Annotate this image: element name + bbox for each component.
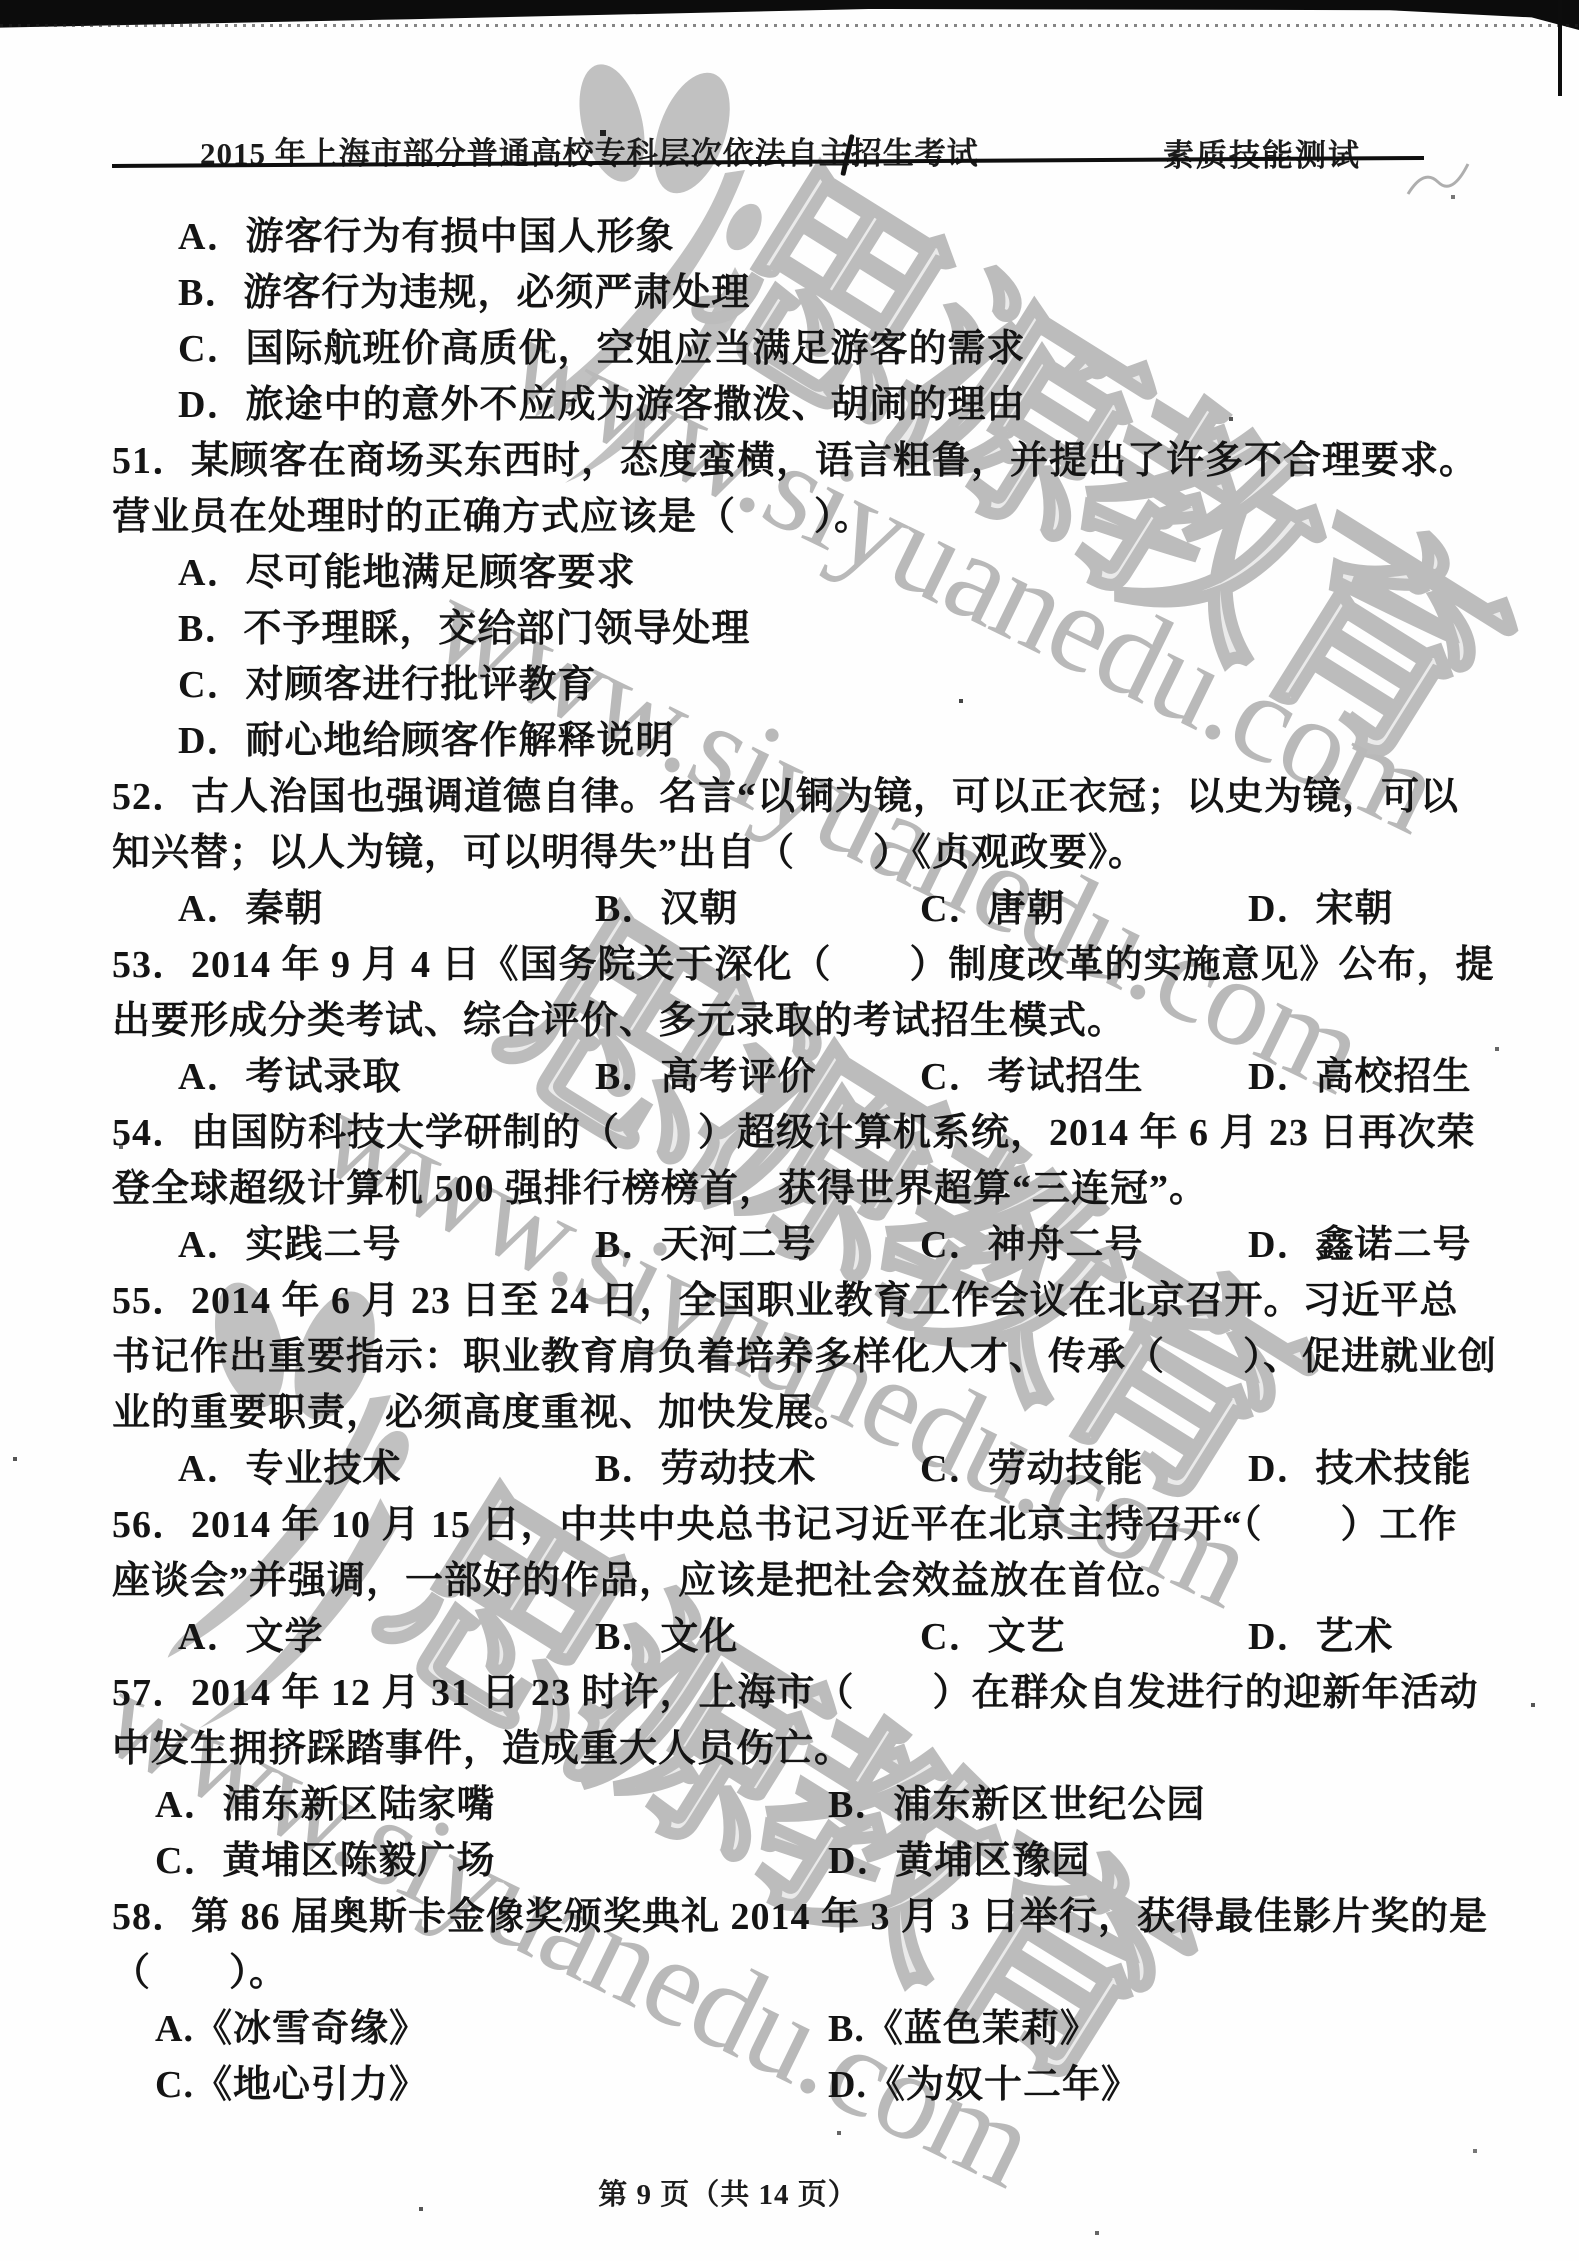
question-stem-line: 座谈会”并强调，一部好的作品，应该是把社会效益放在首位。	[0, 1556, 1579, 1612]
question-stem-line: 中发生拥挤踩踏事件，造成重大人员伤亡。	[0, 1724, 1579, 1780]
option-item: C．考试招生	[920, 1052, 1143, 1102]
exam-section-title: 素质技能测试	[1163, 130, 1361, 175]
option-item: C．神舟二号	[920, 1220, 1143, 1270]
option-item: B．天河二号	[595, 1220, 816, 1270]
option-line: D．耐心地给顾客作解释说明	[0, 716, 1579, 772]
option-item: A．秦朝	[178, 884, 323, 934]
question-stem-line: 53．2014 年 9 月 4 日《国务院关于深化（ ）制度改革的实施意见》公布…	[0, 940, 1579, 996]
question-stem-line: 知兴替；以人为镜，可以明得失”出自（ ）《贞观政要》。	[0, 828, 1579, 884]
option-line: B．游客行为违规，必须严肃处理	[0, 268, 1579, 324]
question-stem-line: （ ）。	[0, 1948, 1579, 2004]
option-item: C．文艺	[920, 1612, 1065, 1662]
option-item: B．浦东新区世纪公园	[828, 1780, 1205, 1830]
option-item: B．劳动技术	[595, 1444, 816, 1494]
question-stem-line: 登全球超级计算机 500 强排行榜榜首，获得世界超算“三连冠”。	[0, 1164, 1579, 1220]
option-item: C．劳动技能	[920, 1444, 1143, 1494]
question-stem-line: 58．第 86 届奥斯卡金像奖颁奖典礼 2014 年 3 月 3 日举行，获得最…	[0, 1892, 1579, 1948]
question-stem-line: 书记作出重要指示：职业教育肩负着培养多样化人才、传承（ ）、促进就业创	[0, 1332, 1579, 1388]
option-item: A．浦东新区陆家嘴	[155, 1780, 495, 1830]
question-stem-line: 营业员在处理时的正确方式应该是（ ）。	[0, 492, 1579, 548]
question-stem-line: 56．2014 年 10 月 15 日，中共中央总书记习近平在北京主持召开“（ …	[0, 1500, 1579, 1556]
option-row: A．考试录取B．高考评价C．考试招生D．高校招生	[0, 1052, 1579, 1108]
option-line: C．对顾客进行批评教育	[0, 660, 1579, 716]
option-row: A.《冰雪奇缘》B.《蓝色茉莉》	[0, 2004, 1579, 2060]
question-stem-line: 业的重要职责，必须高度重视、加快发展。	[0, 1388, 1579, 1444]
option-line: A．尽可能地满足顾客要求	[0, 548, 1579, 604]
option-row: A．实践二号B．天河二号C．神舟二号D．鑫诺二号	[0, 1220, 1579, 1276]
option-line: B．不予理睬，交给部门领导处理	[0, 604, 1579, 660]
exam-page: 思源教育思源教育思源教育www.siyuanedu.comwww.siyuane…	[0, 0, 1579, 2261]
scan-artifact-edge-line	[1558, 0, 1562, 96]
option-item: C．黄埔区陈毅广场	[155, 1836, 495, 1886]
option-item: A.《冰雪奇缘》	[155, 2004, 428, 2054]
option-row: A．浦东新区陆家嘴B．浦东新区世纪公园	[0, 1780, 1579, 1836]
option-row: C．黄埔区陈毅广场D．黄埔区豫园	[0, 1836, 1579, 1892]
option-item: C.《地心引力》	[155, 2060, 428, 2110]
page-number: 第 9 页（共 14 页）	[0, 2172, 1456, 2213]
option-item: A．专业技术	[178, 1444, 401, 1494]
question-stem-line: 55．2014 年 6 月 23 日至 24 日，全国职业教育工作会议在北京召开…	[0, 1276, 1579, 1332]
option-item: D．鑫诺二号	[1248, 1220, 1471, 1270]
option-row: A．秦朝B．汉朝C．唐朝D．宋朝	[0, 884, 1579, 940]
option-item: D．艺术	[1248, 1612, 1393, 1662]
option-item: A．考试录取	[178, 1052, 401, 1102]
question-stem-line: 54．由国防科技大学研制的（ ）超级计算机系统，2014 年 6 月 23 日再…	[0, 1108, 1579, 1164]
option-row: A．文学B．文化C．文艺D．艺术	[0, 1612, 1579, 1668]
question-stem-line: 51．某顾客在商场买东西时，态度蛮横，语言粗鲁，并提出了许多不合理要求。	[0, 436, 1579, 492]
option-row: C.《地心引力》D.《为奴十二年》	[0, 2060, 1579, 2116]
option-item: A．实践二号	[178, 1220, 401, 1270]
option-item: B.《蓝色茉莉》	[828, 2004, 1099, 2054]
option-item: D．高校招生	[1248, 1052, 1471, 1102]
option-line: D．旅途中的意外不应成为游客撒泼、胡闹的理由	[0, 380, 1579, 436]
option-item: C．唐朝	[920, 884, 1065, 934]
option-item: B．高考评价	[595, 1052, 816, 1102]
pencil-scribble	[1404, 148, 1474, 208]
option-item: D.《为奴十二年》	[828, 2060, 1140, 2110]
question-stem-line: 52．古人治国也强调道德自律。名言“以铜为镜，可以正衣冠；以史为镜，可以	[0, 772, 1579, 828]
option-item: D．技术技能	[1248, 1444, 1471, 1494]
question-area: A．游客行为有损中国人形象B．游客行为违规，必须严肃处理C．国际航班价高质优，空…	[0, 212, 1579, 2116]
option-item: D．宋朝	[1248, 884, 1393, 934]
scan-artifact-noise	[0, 24, 1579, 27]
question-stem-line: 出要形成分类考试、综合评价、多元录取的考试招生模式。	[0, 996, 1579, 1052]
option-item: A．文学	[178, 1612, 323, 1662]
option-line: A．游客行为有损中国人形象	[0, 212, 1579, 268]
option-row: A．专业技术B．劳动技术C．劳动技能D．技术技能	[0, 1444, 1579, 1500]
option-item: B．汉朝	[595, 884, 738, 934]
option-item: B．文化	[595, 1612, 738, 1662]
question-stem-line: 57．2014 年 12 月 31 日 23 时许，上海市（ ）在群众自发进行的…	[0, 1668, 1579, 1724]
option-line: C．国际航班价高质优，空姐应当满足游客的需求	[0, 324, 1579, 380]
option-item: D．黄埔区豫园	[828, 1836, 1090, 1886]
